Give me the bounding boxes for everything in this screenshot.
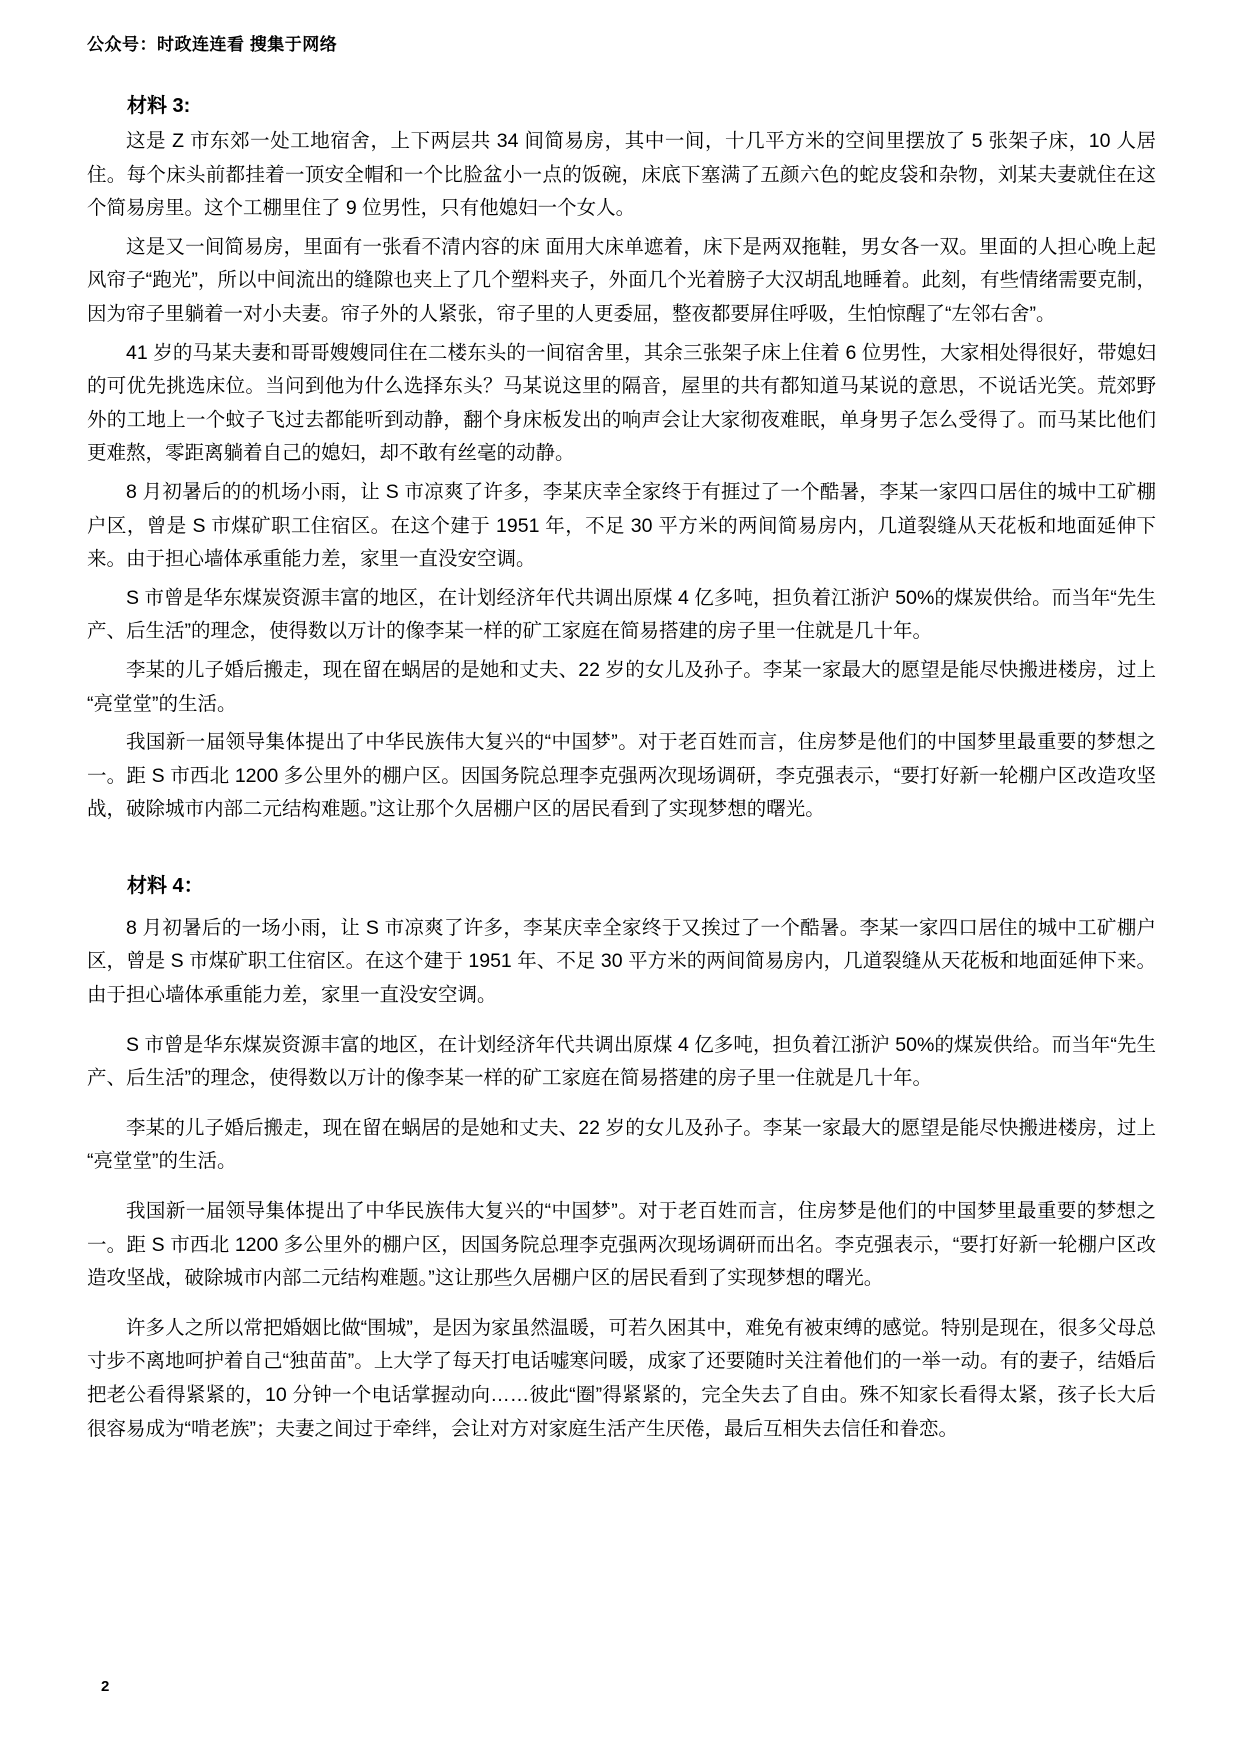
material-4-paragraph-1: 8 月初暑后的一场小雨，让 S 市凉爽了许多，李某庆幸全家终于又挨过了一个酷暑。… bbox=[87, 912, 1156, 1013]
material-3-heading: 材料 3: bbox=[87, 89, 1156, 118]
material-3-paragraph-5: S 市曾是华东煤炭资源丰富的地区，在计划经济年代共调出原煤 4 亿多吨，担负着江… bbox=[87, 582, 1156, 649]
document-page: 公众号：时政连连看 搜集于网络 材料 3: 这是 Z 市东郊一处工地宿舍，上下两… bbox=[0, 0, 1240, 1754]
material-3-paragraph-1: 这是 Z 市东郊一处工地宿舍，上下两层共 34 间简易房，其中一间，十几平方米的… bbox=[87, 125, 1156, 226]
material-3-paragraph-4: 8 月初暑后的的机场小雨，让 S 市凉爽了许多，李某庆幸全家终于有捱过了一个酷暑… bbox=[87, 476, 1156, 577]
material-4-heading: 材料 4： bbox=[87, 869, 1156, 898]
material-4-paragraph-3: 李某的儿子婚后搬走，现在留在蜗居的是她和丈夫、22 岁的女儿及孙子。李某一家最大… bbox=[87, 1112, 1156, 1179]
material-4-paragraph-4: 我国新一届领导集体提出了中华民族伟大复兴的“中国梦”。对于老百姓而言，住房梦是他… bbox=[87, 1195, 1156, 1296]
material-3-paragraph-7: 我国新一届领导集体提出了中华民族伟大复兴的“中国梦”。对于老百姓而言，住房梦是他… bbox=[87, 726, 1156, 827]
material-3-paragraph-3: 41 岁的马某夫妻和哥哥嫂嫂同住在二楼东头的一间宿舍里，其余三张架子床上住着 6… bbox=[87, 337, 1156, 471]
material-3-paragraph-6: 李某的儿子婚后搬走，现在留在蜗居的是她和丈夫、22 岁的女儿及孙子。李某一家最大… bbox=[87, 654, 1156, 721]
material-4-paragraph-5: 许多人之所以常把婚姻比做“围城”，是因为家虽然温暖，可若久困其中，难免有被束缚的… bbox=[87, 1312, 1156, 1446]
material-3-paragraph-2: 这是又一间简易房，里面有一张看不清内容的床 面用大床单遮着，床下是两双拖鞋，男女… bbox=[87, 231, 1156, 332]
material-4-paragraph-2: S 市曾是华东煤炭资源丰富的地区，在计划经济年代共调出原煤 4 亿多吨，担负着江… bbox=[87, 1029, 1156, 1096]
watermark-header: 公众号：时政连连看 搜集于网络 bbox=[87, 30, 1156, 55]
material-3-section: 材料 3: 这是 Z 市东郊一处工地宿舍，上下两层共 34 间简易房，其中一间，… bbox=[87, 89, 1156, 827]
material-4-section: 材料 4： 8 月初暑后的一场小雨，让 S 市凉爽了许多，李某庆幸全家终于又挨过… bbox=[87, 869, 1156, 1446]
page-number: 2 bbox=[101, 1678, 109, 1695]
